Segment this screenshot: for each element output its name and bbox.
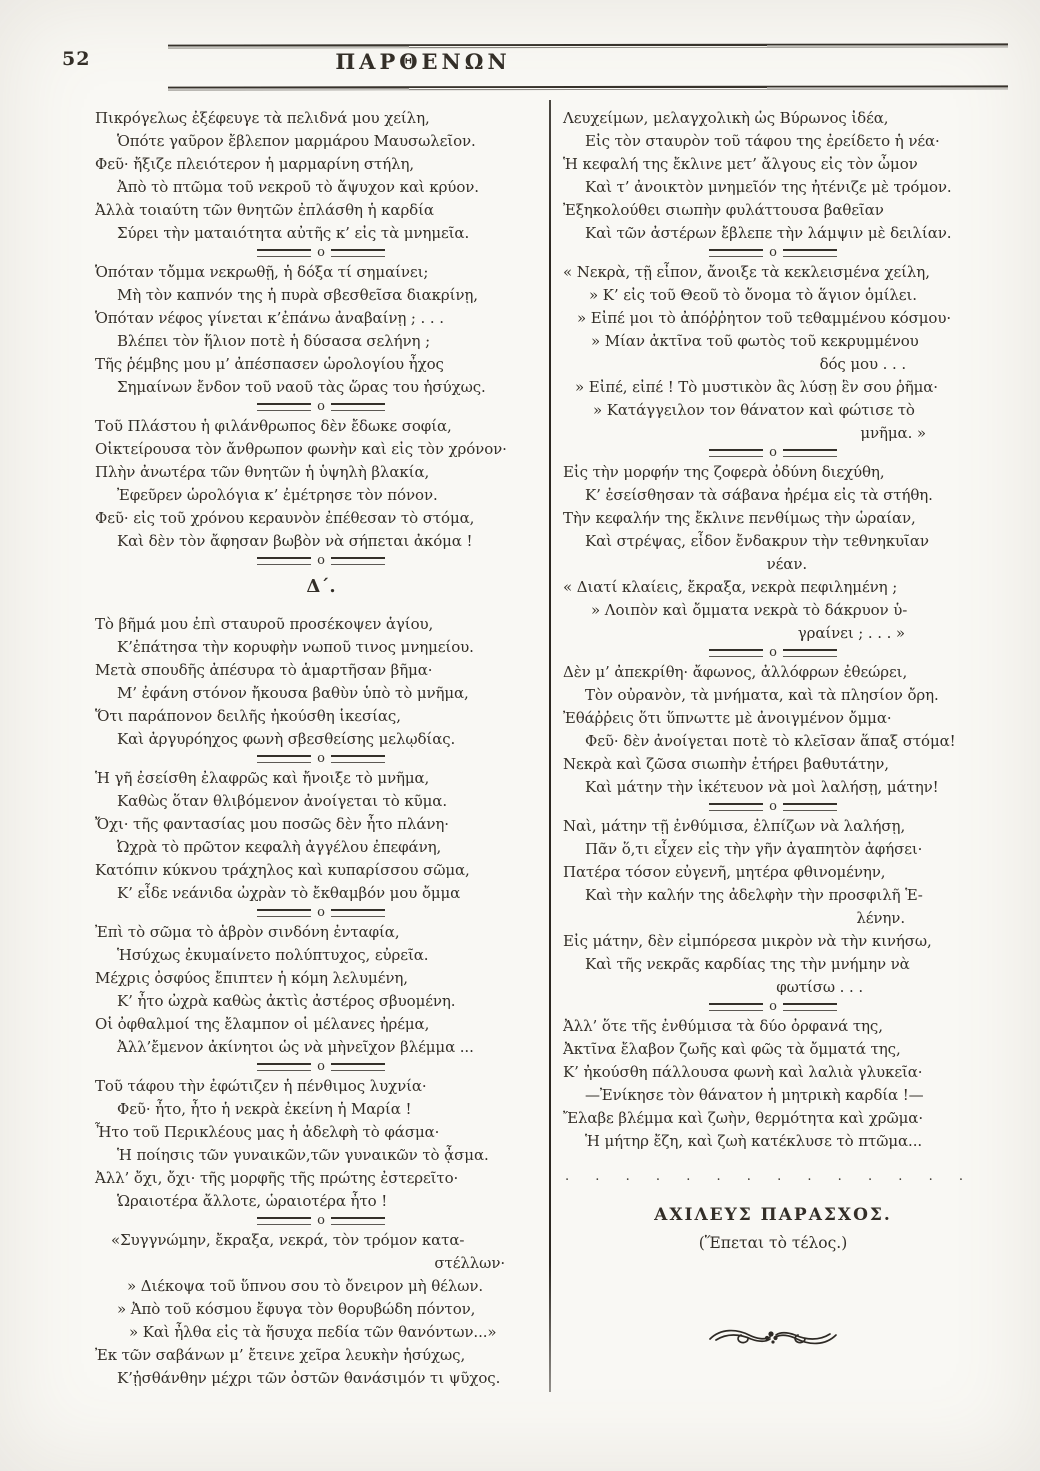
page-number: 52 <box>62 48 90 70</box>
stanza: Ἐπὶ τὸ σῶμα τὸ ἁβρὸν σινδόνη ἐνταφία,Ἡσύ… <box>95 921 547 1059</box>
poem-line: Ἀλλ’ ὅτε τῆς ἐνθύμισα τὰ δύο ὀρφανά της, <box>563 1015 983 1038</box>
poem-line: Τὴν κεφαλήν της ἔκλινε πενθίμως τὴν ὡραί… <box>563 507 983 530</box>
divider-line <box>257 909 311 917</box>
stanza-divider: o <box>563 1003 983 1011</box>
divider-line <box>257 403 311 411</box>
stanza-divider: o <box>95 755 547 763</box>
poem-line: Καὶ τῶν ἀστέρων ἔβλεπε τὴν λάμψιν μὲ δει… <box>563 222 983 245</box>
dot: . <box>959 1165 963 1188</box>
stanza: Ἡ γῆ ἐσείσθη ἐλαφρῶς καὶ ἤνοιξε τὸ μνῆμα… <box>95 767 547 905</box>
poem-line: γραίνει ; . . . » <box>563 622 983 645</box>
stanza: «Συγγνώμην, ἔκραξα, νεκρά, τὸν τρόμον κα… <box>95 1229 547 1390</box>
poem-line: Καὶ ἀργυρόηχος φωνὴ σβεσθείσης μελῳδίας. <box>95 728 547 751</box>
stanza-divider: o <box>95 403 547 411</box>
poem-line: Τὸν οὐρανὸν, τὰ μνήματα, καὶ τὰ πλησίον … <box>563 684 983 707</box>
poem-line: Ἐξηκολούθει σιωπὴν φυλάττουσα βαθεῖαν <box>563 199 983 222</box>
stanza-divider: o <box>95 1063 547 1071</box>
poem-line: Μ’ ἐφάνη στόνον ἤκουσα βαθὺν ὑπὸ τὸ μνῆμ… <box>95 682 547 705</box>
divider-o-glyph: o <box>317 1060 325 1073</box>
divider-o-glyph: o <box>317 906 325 919</box>
poem-line: Ὠχρὰ τὸ πρῶτον κεφαλὴ ἀγγέλου ἐπεφάνη, <box>95 836 547 859</box>
divider-line <box>331 755 385 763</box>
poem-line: Ὁπότε γαῦρον ἔβλεπον μαρμάρου Μαυσωλεῖον… <box>95 130 547 153</box>
divider-o-glyph: o <box>317 752 325 765</box>
poem-line: Κ’ ἐσείσθησαν τὰ σάβανα ἠρέμα εἰς τὰ στή… <box>563 484 983 507</box>
poem-line: Φεῦ· δὲν ἀνοίγεται ποτὲ τὸ κλεῖσαν ἅπαξ … <box>563 730 983 753</box>
poem-line: Καὶ στρέψας, εἶδον ἔνδακρυν τὴν τεθνηκυῖ… <box>563 530 983 553</box>
divider-line <box>709 1003 763 1011</box>
divider-o-glyph: o <box>769 246 777 259</box>
column-divider-rule <box>549 100 551 1392</box>
poem-line: Καὶ τὴν καλήν της ἀδελφὴν τὴν προσφιλῆ Ἑ… <box>563 884 983 907</box>
divider-o-glyph: o <box>769 646 777 659</box>
poem-line: Ὡραιοτέρα ἄλλοτε, ὡραιοτέρα ἦτο ! <box>95 1190 547 1213</box>
poem-line: Κ’ ἠκούσθη πάλλουσα φωνὴ καὶ λαλιὰ γλυκε… <box>563 1061 983 1084</box>
divider-line <box>331 249 385 257</box>
poem-line: νέαν. <box>563 553 983 576</box>
continuation-note: (Ἕπεται τὸ τέλος.) <box>563 1232 983 1256</box>
divider-o-glyph: o <box>317 554 325 567</box>
divider-line <box>709 803 763 811</box>
divider-line <box>257 1217 311 1225</box>
poem-line: Μὴ τὸν καπνόν της ἡ πυρὰ σβεσθεῖσα διακρ… <box>95 284 547 307</box>
dot: . <box>716 1165 720 1188</box>
dot: . <box>898 1165 902 1188</box>
poem-line: Φεῦ· ἤξιζε πλειότερον ἡ μαρμαρίνη στήλη, <box>95 153 547 176</box>
poem-line: Βλέπει τὸν ἥλιον ποτὲ ἡ δύσασα σελήνη ; <box>95 330 547 353</box>
poem-line: Ὄχι· τῆς φαντασίας μου ποσῶς δὲν ἦτο πλά… <box>95 813 547 836</box>
divider-line <box>709 649 763 657</box>
stanza: Πικρόγελως ἐξέφευγε τὰ πελιδνά μου χείλη… <box>95 107 547 245</box>
divider-o-glyph: o <box>769 446 777 459</box>
dot: . <box>626 1165 630 1188</box>
stanza-divider: o <box>95 1217 547 1225</box>
poem-line: Ἐφεῦρεν ὡρολόγια κ’ ἐμέτρησε τὸν πόνον. <box>95 484 547 507</box>
end-ornament <box>563 1322 983 1352</box>
stanza: Τὸ βῆμά μου ἐπὶ σταυροῦ προσέκοψεν ἁγίου… <box>95 613 547 751</box>
poem-line: Μέχρις ὀσφύος ἔπιπτεν ἡ κόμη λελυμένη, <box>95 967 547 990</box>
poem-line: Καὶ μάτην τὴν ἱκέτευον νὰ μοὶ λαλήσῃ, μά… <box>563 776 983 799</box>
poem-line: Εἰς τὴν μορφήν της ζοφερὰ ὀδύνη διεχύθη, <box>563 461 983 484</box>
left-column: Πικρόγελως ἐξέφευγε τὰ πελιδνά μου χείλη… <box>95 107 547 1390</box>
divider-line <box>257 557 311 565</box>
stanza: Ναὶ, μάτην τῇ ἐνθύμισα, ἐλπίζων νὰ λαλήσ… <box>563 815 983 999</box>
poem-line: Εἰς μάτην, δὲν εἰμπόρεσα μικρὸν νὰ τὴν κ… <box>563 930 983 953</box>
poem-line: Κατόπιν κύκνου τράχηλος καὶ κυπαρίσσου σ… <box>95 859 547 882</box>
poem-line: Ἡ ποίησις τῶν γυναικῶν,τῶν γυναικῶν τὸ ᾆ… <box>95 1144 547 1167</box>
poem-line: Τὸ βῆμά μου ἐπὶ σταυροῦ προσέκοψεν ἁγίου… <box>95 613 547 636</box>
poem-line: Ἀκτῖνα ἔλαβον ζωῆς καὶ φῶς τὰ ὄμματά της… <box>563 1038 983 1061</box>
stanza-divider: o <box>95 909 547 917</box>
poem-line: Εἰς τὸν σταυρὸν τοῦ τάφου της ἐρείδετο ἡ… <box>563 130 983 153</box>
poem-line: Τοῦ Πλάστου ἡ φιλάνθρωπος δὲν ἔδωκε σοφί… <box>95 415 547 438</box>
stanza: Δὲν μ’ ἀπεκρίθη· ἄφωνος, ἀλλόφρων ἐθεώρε… <box>563 661 983 799</box>
poem-line: « Νεκρὰ, τῇ εἶπον, ἄνοιξε τὰ κεκλεισμένα… <box>563 261 983 284</box>
dot: . <box>807 1165 811 1188</box>
poem-line: Κ’ἐπάτησα τὴν κορυφὴν νωποῦ τινος μνημεί… <box>95 636 547 659</box>
poem-line: Κ’ εἶδε νεάνιδα ὠχρὰν τὸ ἔκθαμβόν μου ὄμ… <box>95 882 547 905</box>
poem-line: Καὶ τ’ ἀνοικτὸν μνημεῖόν της ἠτένιζε μὲ … <box>563 176 983 199</box>
poem-line: —Ἐνίκησε τὸν θάνατον ἡ μητρικὴ καρδία !— <box>563 1084 983 1107</box>
poem-line: Ἡ γῆ ἐσείσθη ἐλαφρῶς καὶ ἤνοιξε τὸ μνῆμα… <box>95 767 547 790</box>
divider-line <box>709 249 763 257</box>
poem-line: Οἰκτείρουσα τὸν ἄνθρωπον φωνὴν καὶ εἰς τ… <box>95 438 547 461</box>
divider-o-glyph: o <box>769 1000 777 1013</box>
poem-line: «Συγγνώμην, ἔκραξα, νεκρά, τὸν τρόμον κα… <box>95 1229 547 1252</box>
divider-line <box>783 1003 837 1011</box>
poem-line: » Κ’ εἰς τοῦ Θεοῦ τὸ ὄνομα τὸ ἅγιον ὁμίλ… <box>563 284 983 307</box>
poem-line: Νεκρὰ καὶ ζῶσα σιωπὴν ἐτήρει βαθυτάτην, <box>563 753 983 776</box>
author-signature: ΑΧΙΛΕΥΣ ΠΑΡΑΣΧΟΣ. <box>563 1204 983 1228</box>
poem-line: « Διατί κλαίεις, ἔκραξα, νεκρὰ πεφιλημέν… <box>563 576 983 599</box>
poem-line: Δὲν μ’ ἀπεκρίθη· ἄφωνος, ἀλλόφρων ἐθεώρε… <box>563 661 983 684</box>
header-rule-top <box>168 43 1008 48</box>
stanza-divider: o <box>563 803 983 811</box>
divider-line <box>783 803 837 811</box>
right-column: Λευχείμων, μελαγχολικὴ ὡς Βύρωνος ἰδέα,Ε… <box>563 107 983 1352</box>
divider-line <box>331 557 385 565</box>
poem-line: μνῆμα. » <box>563 422 983 445</box>
poem-line: » Εἰπέ, εἰπέ ! Τὸ μυστικὸν ἂς λύσῃ ἓν σο… <box>563 376 983 399</box>
poem-line: Ἐκ τῶν σαβάνων μ’ ἔτεινε χεῖρα λευκὴν ἡσ… <box>95 1344 547 1367</box>
stanza-divider: o <box>563 649 983 657</box>
scanned-page: 52 ΠΑΡΘΕΝΩΝ Πικρόγελως ἐξέφευγε τὰ πελιδ… <box>0 0 1040 1471</box>
dot: . <box>686 1165 690 1188</box>
stanza: Εἰς τὴν μορφήν της ζοφερὰ ὀδύνη διεχύθη,… <box>563 461 983 645</box>
divider-line <box>331 403 385 411</box>
divider-line <box>331 1063 385 1071</box>
poem-line: Οἱ ὀφθαλμοί της ἔλαμπον οἱ μέλανες ἠρέμα… <box>95 1013 547 1036</box>
dot: . <box>929 1165 933 1188</box>
poem-line: » Λοιπὸν καὶ ὄμματα νεκρὰ τὸ δάκρυον ὑ- <box>563 599 983 622</box>
dot: . <box>777 1165 781 1188</box>
dot: . <box>565 1165 569 1188</box>
poem-line: » Κατάγγειλον τον θάνατον καὶ φώτισε τὸ <box>563 399 983 422</box>
divider-o-glyph: o <box>769 800 777 813</box>
divider-o-glyph: o <box>317 246 325 259</box>
poem-line: Φεῦ· εἰς τοῦ χρόνου κεραυνὸν ἐπέθεσαν τὸ… <box>95 507 547 530</box>
stanza: Ὁπόταν τὄμμα νεκρωθῇ, ἡ δόξα τί σημαίνει… <box>95 261 547 399</box>
poem-line: Ναὶ, μάτην τῇ ἐνθύμισα, ἐλπίζων νὰ λαλήσ… <box>563 815 983 838</box>
poem-line: Τοῦ τάφου τὴν ἐφώτιζεν ἡ πένθιμος λυχνία… <box>95 1075 547 1098</box>
stanza-divider: o <box>563 449 983 457</box>
divider-line <box>331 909 385 917</box>
poem-line: Ἡ κεφαλή της ἔκλινε μετ’ ἄλγους εἰς τὸν … <box>563 153 983 176</box>
poem-line: Ὁπόταν τὄμμα νεκρωθῇ, ἡ δόξα τί σημαίνει… <box>95 261 547 284</box>
poem-line: Σημαίνων ἔνδον τοῦ ναοῦ τὰς ὥρας του ἡσύ… <box>95 376 547 399</box>
poem-line: Λευχείμων, μελαγχολικὴ ὡς Βύρωνος ἰδέα, <box>563 107 983 130</box>
dot: . <box>868 1165 872 1188</box>
poem-line: Καθὼς ὅταν θλιβόμενον ἀνοίγεται τὸ κῦμα. <box>95 790 547 813</box>
poem-line: Σύρει τὴν ματαιότητα αὐτῆς κ’ εἰς τὰ μνη… <box>95 222 547 245</box>
poem-line: Ἀλλ’ἔμενον ἀκίνητοι ὡς νὰ μὴνεῖχον βλέμμ… <box>95 1036 547 1059</box>
poem-line: Ἔλαβε βλέμμα καὶ ζωὴν, θερμότητα καὶ χρῶ… <box>563 1107 983 1130</box>
poem-line: » Διέκοψα τοῦ ὕπνου σου τὸ ὄνειρον μὴ θέ… <box>95 1275 547 1298</box>
poem-line: » Ἀπὸ τοῦ κόσμου ἔφυγα τὸν θορυβώδη πόντ… <box>95 1298 547 1321</box>
poem-line: Ἀλλ’ ὄχι, ὄχι· τῆς μορφῆς τῆς πρώτης ἐστ… <box>95 1167 547 1190</box>
divider-o-glyph: o <box>317 400 325 413</box>
stanza-divider: o <box>95 557 547 565</box>
dot: . <box>747 1165 751 1188</box>
divider-o-glyph: o <box>317 1214 325 1227</box>
poem-line: Μετὰ σπουδῆς ἀπέσυρα τὸ ἁμαρτῆσαν βῆμα· <box>95 659 547 682</box>
dot: . <box>595 1165 599 1188</box>
stanza: Λευχείμων, μελαγχολικὴ ὡς Βύρωνος ἰδέα,Ε… <box>563 107 983 245</box>
page-title: ΠΑΡΘΕΝΩΝ <box>170 49 676 74</box>
divider-line <box>783 449 837 457</box>
divider-line <box>783 249 837 257</box>
stanza-divider: o <box>563 249 983 257</box>
flourish-icon <box>707 1322 839 1352</box>
poem-line: Καὶ δὲν τὸν ἄφησαν βωβὸν νὰ σήπεται ἀκόμ… <box>95 530 547 553</box>
divider-line <box>257 249 311 257</box>
stanza: « Νεκρὰ, τῇ εἶπον, ἄνοιξε τὰ κεκλεισμένα… <box>563 261 983 445</box>
dot: . <box>656 1165 660 1188</box>
poem-line: Ἦτο τοῦ Περικλέους μας ἡ ἀδελφὴ τὸ φάσμα… <box>95 1121 547 1144</box>
poem-line: Πικρόγελως ἐξέφευγε τὰ πελιδνά μου χείλη… <box>95 107 547 130</box>
poem-line: Ὅτι παράπονον δειλῆς ἠκούσθη ἱκεσίας, <box>95 705 547 728</box>
poem-line: λένην. <box>563 907 983 930</box>
poem-line: Τῆς ῥέμβης μου μ’ ἀπέσπασεν ὡρολογίου ἦχ… <box>95 353 547 376</box>
divider-line <box>331 1217 385 1225</box>
poem-line: Κ’ ἦτο ὠχρὰ καθὼς ἀκτὶς ἀστέρος σβυομένη… <box>95 990 547 1013</box>
poem-line: Ἀλλὰ τοιαύτη τῶν θνητῶν ἐπλάσθη ἡ καρδία <box>95 199 547 222</box>
stanza: Τοῦ Πλάστου ἡ φιλάνθρωπος δὲν ἔδωκε σοφί… <box>95 415 547 553</box>
poem-line: Κ’ᾐσθάνθην μέχρι τῶν ὀστῶν θανάσιμόν τι … <box>95 1367 547 1390</box>
divider-line <box>783 649 837 657</box>
poem-line: στέλλων· <box>95 1252 547 1275</box>
poem-line: Ἡ μήτηρ ἔζη, καὶ ζωὴ κατέκλυσε τὸ πτῶμα.… <box>563 1130 983 1153</box>
section-heading: Δ´. <box>95 575 547 599</box>
poem-line: Ἐθάῤῥεις ὅτι ὕπνωττε μὲ ἀνοιγμένον ὄμμα· <box>563 707 983 730</box>
stanza: Ἀλλ’ ὅτε τῆς ἐνθύμισα τὰ δύο ὀρφανά της,… <box>563 1015 983 1153</box>
poem-line: Πλὴν ἀνωτέρα τῶν θνητῶν ἡ ὑψηλὴ βλακία, <box>95 461 547 484</box>
poem-line: Ἡσύχως ἐκυμαίνετο πολύπτυχος, εὐρεῖα. <box>95 944 547 967</box>
poem-line: Ὁπόταν νέφος γίνεται κ’ἐπάνω ἀναβαίνῃ ; … <box>95 307 547 330</box>
poem-line: Φεῦ· ἦτο, ἦτο ἡ νεκρὰ ἐκείνη ἡ Μαρία ! <box>95 1098 547 1121</box>
poem-line: δός μου . . . <box>563 353 983 376</box>
divider-line <box>709 449 763 457</box>
poem-line: Ἀπὸ τὸ πτῶμα τοῦ νεκροῦ τὸ ἄψυχον καὶ κρ… <box>95 176 547 199</box>
poem-line: Πατέρα τόσον εὐγενῆ, μητέρα φθινομένην, <box>563 861 983 884</box>
dotted-rule: .............. <box>565 1165 963 1188</box>
poem-line: Ἐπὶ τὸ σῶμα τὸ ἁβρὸν σινδόνη ἐνταφία, <box>95 921 547 944</box>
dot: . <box>838 1165 842 1188</box>
stanza: Τοῦ τάφου τὴν ἐφώτιζεν ἡ πένθιμος λυχνία… <box>95 1075 547 1213</box>
poem-line: φωτίσω . . . <box>563 976 983 999</box>
poem-line: Πᾶν ὅ,τι εἶχεν εἰς τὴν γῆν ἀγαπητὸν ἀφήσ… <box>563 838 983 861</box>
divider-line <box>257 755 311 763</box>
poem-line: Καὶ τῆς νεκρᾶς καρδίας της τὴν μνήμην νὰ <box>563 953 983 976</box>
stanza-divider: o <box>95 249 547 257</box>
poem-line: » Καὶ ἦλθα εἰς τὰ ἥσυχα πεδία τῶν θανόντ… <box>95 1321 547 1344</box>
poem-line: » Εἰπέ μοι τὸ ἀπόῤῥητον τοῦ τεθαμμένου κ… <box>563 307 983 330</box>
poem-line: » Μίαν ἀκτῖνα τοῦ φωτὸς τοῦ κεκρυμμένου <box>563 330 983 353</box>
header-rule-bottom <box>168 85 1008 90</box>
divider-line <box>257 1063 311 1071</box>
